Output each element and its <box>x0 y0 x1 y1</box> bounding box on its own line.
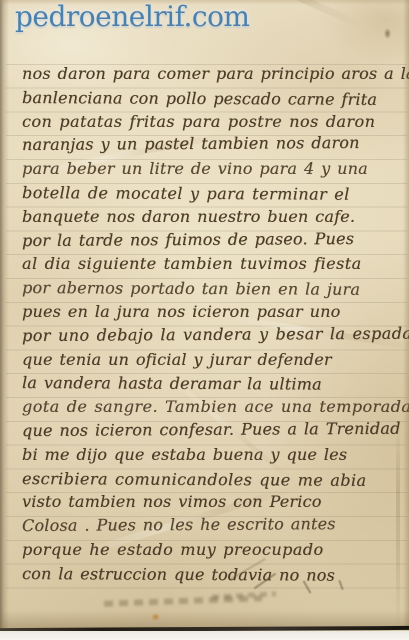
letter-line: por uno debajo la vandera y besar la esp… <box>22 321 398 347</box>
paper-edge-top <box>0 0 409 5</box>
paper-edge-left <box>0 0 9 632</box>
letter-line: visto tambien nos vimos con Perico <box>22 490 398 514</box>
letter-line: botella de mocatel y para terminar el <box>22 181 398 207</box>
letter-line: por abernos portado tan bien en la jura <box>22 276 398 302</box>
letter-line: con patatas fritas para postre nos daron <box>22 110 398 134</box>
letter-line: que nos icieron confesar. Pues a la Tren… <box>22 417 398 443</box>
letter-line: la vandera hasta deramar la ultima <box>22 371 398 397</box>
letter-line: por la tarde nos fuimos de paseo. Pues <box>22 226 398 252</box>
letter-line: banlenciana con pollo pescado carne frit… <box>22 86 398 112</box>
paper-edge-right <box>403 0 409 630</box>
letter-line: porque he estado muy preocupado <box>22 538 398 562</box>
letter-line: Colosa . Pues no les he escrito antes <box>22 512 398 538</box>
letter-line: bi me dijo que estaba buena y que les <box>22 443 398 467</box>
letter-line: que tenia un oficial y jurar defender <box>22 348 398 372</box>
letter-line: nos daron para comer para principio aros… <box>22 62 398 86</box>
letter-line: para beber un litre de vino para 4 y una <box>22 157 398 181</box>
letter-line: gota de sangre. Tambien ace una temporad… <box>22 395 398 419</box>
scanner-background <box>0 631 409 640</box>
letter-line: naranjas y un pastel tambien nos daron <box>22 131 398 157</box>
handwritten-letter-body: nos daron para comer para principio aros… <box>22 62 398 586</box>
letter-line: al dia siguiente tambien tuvimos fiesta <box>22 252 398 276</box>
scanned-letter-page: pedroenelrif.com nos daron para comer pa… <box>0 0 409 640</box>
letter-line: pues en la jura nos icieron pasar uno <box>22 300 398 324</box>
corner-ink-smudge <box>384 28 391 39</box>
letter-line: escribiera comunicandoles que me abia <box>22 467 398 493</box>
letter-line: banquete nos daron nuestro buen cafe. <box>22 205 398 229</box>
